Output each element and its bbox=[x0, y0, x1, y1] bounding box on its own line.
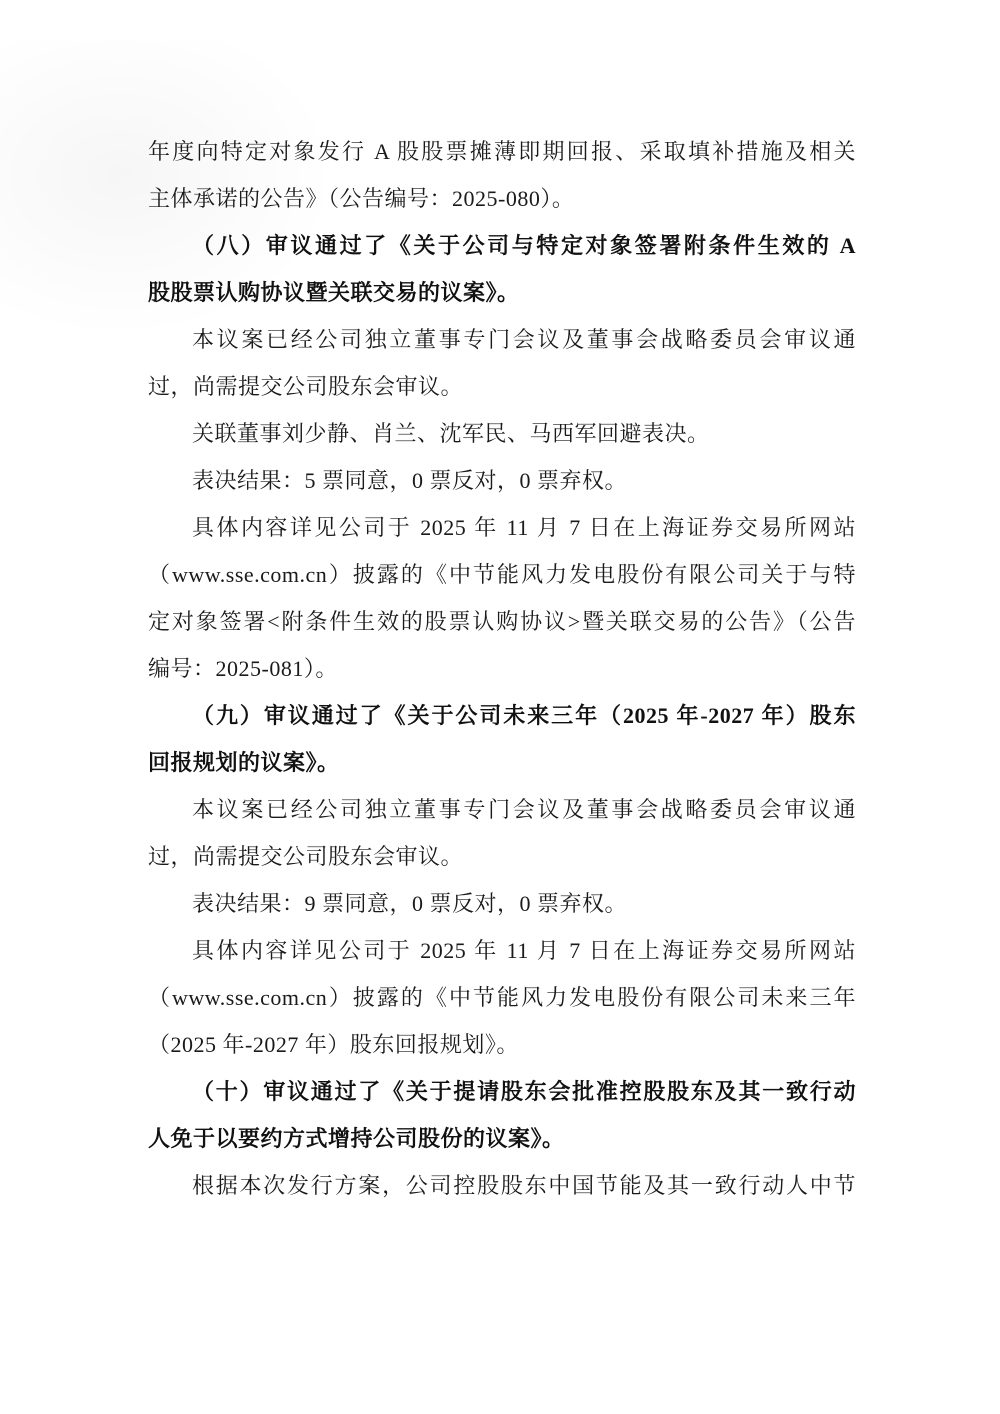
text-line: （八）审议通过了《关于公司与特定对象签署附条件生效的 A bbox=[148, 222, 856, 269]
text-line: 本议案已经公司独立董事专门会议及董事会战略委员会审议通 bbox=[148, 316, 856, 363]
item-10-heading: （十）审议通过了《关于提请股东会批准控股股东及其一致行动人免于以要约方式增持公司… bbox=[148, 1068, 856, 1162]
item-8-vote-result: 表决结果：5 票同意，0 票反对，0 票弃权。 bbox=[148, 457, 856, 504]
text-line: （www.sse.com.cn）披露的《中节能风力发电股份有限公司未来三年 bbox=[148, 974, 856, 1021]
para-continuation-announcement-2025-080: 年度向特定对象发行 A 股股票摊薄即期回报、采取填补措施及相关主体承诺的公告》（… bbox=[148, 128, 856, 222]
text-line: （十）审议通过了《关于提请股东会批准控股股东及其一致行动 bbox=[148, 1068, 856, 1115]
text-line: 股股票认购协议暨关联交易的议案》。 bbox=[148, 269, 856, 316]
text-line: 过，尚需提交公司股东会审议。 bbox=[148, 363, 856, 410]
item-8-heading: （八）审议通过了《关于公司与特定对象签署附条件生效的 A股股票认购协议暨关联交易… bbox=[148, 222, 856, 316]
item-8-details: 具体内容详见公司于 2025 年 11 月 7 日在上海证券交易所网站（www.… bbox=[148, 504, 856, 692]
text-line: 表决结果：9 票同意，0 票反对，0 票弃权。 bbox=[148, 880, 856, 927]
document-body: 年度向特定对象发行 A 股股票摊薄即期回报、采取填补措施及相关主体承诺的公告》（… bbox=[148, 128, 856, 1209]
text-line: 表决结果：5 票同意，0 票反对，0 票弃权。 bbox=[148, 457, 856, 504]
item-8-review-status: 本议案已经公司独立董事专门会议及董事会战略委员会审议通过，尚需提交公司股东会审议… bbox=[148, 316, 856, 410]
item-9-details: 具体内容详见公司于 2025 年 11 月 7 日在上海证券交易所网站（www.… bbox=[148, 927, 856, 1068]
document-page: 年度向特定对象发行 A 股股票摊薄即期回报、采取填补措施及相关主体承诺的公告》（… bbox=[0, 0, 1000, 1414]
text-line: 具体内容详见公司于 2025 年 11 月 7 日在上海证券交易所网站 bbox=[148, 927, 856, 974]
text-line: 回报规划的议案》。 bbox=[148, 739, 856, 786]
text-line: 人免于以要约方式增持公司股份的议案》。 bbox=[148, 1115, 856, 1162]
item-8-recusal: 关联董事刘少静、肖兰、沈军民、马西军回避表决。 bbox=[148, 410, 856, 457]
text-line: 根据本次发行方案，公司控股股东中国节能及其一致行动人中节 bbox=[148, 1162, 856, 1209]
item-9-heading: （九）审议通过了《关于公司未来三年（2025 年-2027 年）股东回报规划的议… bbox=[148, 692, 856, 786]
text-line: 主体承诺的公告》（公告编号：2025-080）。 bbox=[148, 175, 856, 222]
text-line: 编号：2025-081）。 bbox=[148, 645, 856, 692]
text-line: （www.sse.com.cn）披露的《中节能风力发电股份有限公司关于与特 bbox=[148, 551, 856, 598]
text-line: （九）审议通过了《关于公司未来三年（2025 年-2027 年）股东 bbox=[148, 692, 856, 739]
text-line: 关联董事刘少静、肖兰、沈军民、马西军回避表决。 bbox=[148, 410, 856, 457]
text-line: 具体内容详见公司于 2025 年 11 月 7 日在上海证券交易所网站 bbox=[148, 504, 856, 551]
item-10-body-start: 根据本次发行方案，公司控股股东中国节能及其一致行动人中节 bbox=[148, 1162, 856, 1209]
item-9-vote-result: 表决结果：9 票同意，0 票反对，0 票弃权。 bbox=[148, 880, 856, 927]
text-line: 年度向特定对象发行 A 股股票摊薄即期回报、采取填补措施及相关 bbox=[148, 128, 856, 175]
text-line: 本议案已经公司独立董事专门会议及董事会战略委员会审议通 bbox=[148, 786, 856, 833]
text-line: 过，尚需提交公司股东会审议。 bbox=[148, 833, 856, 880]
text-line: 定对象签署<附条件生效的股票认购协议>暨关联交易的公告》（公告 bbox=[148, 598, 856, 645]
item-9-review-status: 本议案已经公司独立董事专门会议及董事会战略委员会审议通过，尚需提交公司股东会审议… bbox=[148, 786, 856, 880]
text-line: （2025 年-2027 年）股东回报规划》。 bbox=[148, 1021, 856, 1068]
